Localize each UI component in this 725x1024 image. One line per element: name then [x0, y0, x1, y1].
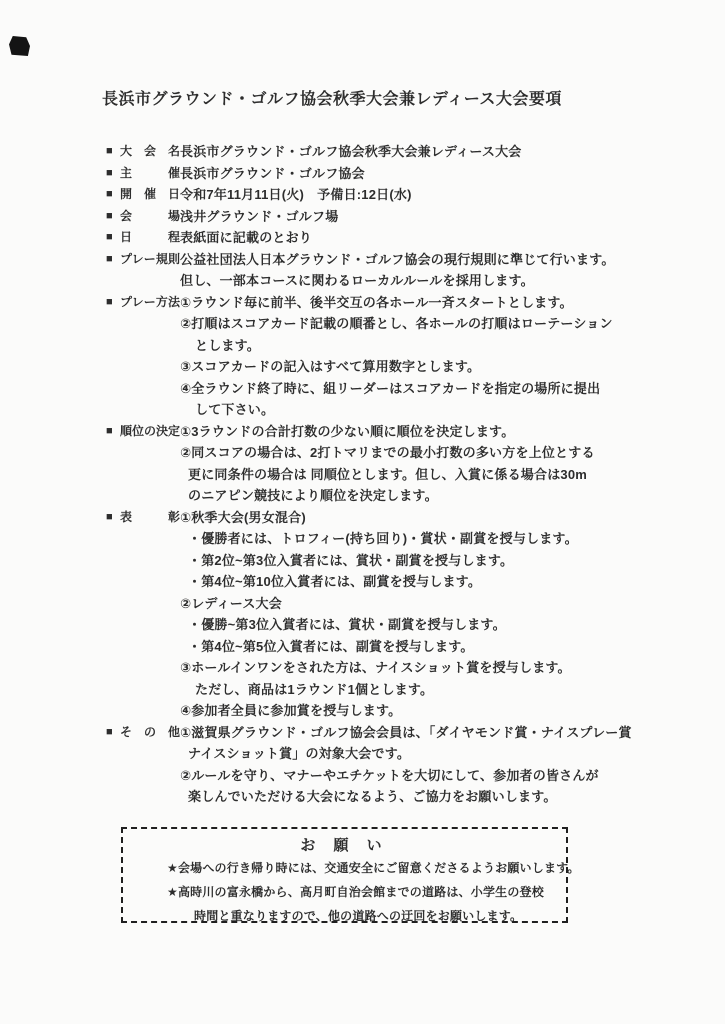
notice-box: お 願 い ★会場への行き帰り時には、交通安全にご留意くださるようお願いします。… — [121, 827, 568, 923]
section-label: ■大会名 — [106, 141, 180, 163]
notice-line: ★会場への行き帰り時には、交通安全にご留意くださるようお願いします。 — [167, 856, 566, 880]
notice-lines: ★会場への行き帰り時には、交通安全にご留意くださるようお願いします。★高時川の富… — [123, 856, 566, 928]
content-line: 但し、一部本コースに関わるローカルルールを採用します。 — [180, 270, 725, 292]
notice-line: 時間と重なりますので、他の道路への迂回をお願いします。 — [167, 904, 566, 928]
sections: ■大会名長浜市グラウンド・ゴルフ協会秋季大会兼レディース大会■主催長浜市グラウン… — [106, 141, 725, 808]
section-lines: ①ラウンド毎に前半、後半交互の各ホール一斉スタートとします。②打順はスコアカード… — [180, 292, 725, 421]
content-line: ナイスショット賞」の対象大会です。 — [180, 743, 725, 765]
content-line: のニアピン競技により順位を決定します。 — [180, 485, 725, 507]
section-label: ■開催日 — [106, 184, 180, 206]
section-row: ■その他①滋賀県グラウンド・ゴルフ協会会員は、「ダイヤモンド賞・ナイスプレー賞ナ… — [106, 722, 725, 808]
content-line: ・優勝者には、トロフィー(持ち回り)・賞状・副賞を授与します。 — [180, 528, 725, 550]
content-line: ②レディース大会 — [180, 593, 725, 615]
content-line: ①秋季大会(男女混合) — [180, 507, 725, 529]
content-line: 表紙面に記載のとおり — [180, 227, 725, 249]
document-title: 長浜市グラウンド・ゴルフ協会秋季大会兼レディース大会要項 — [102, 86, 562, 109]
section-row: ■プレー方法①ラウンド毎に前半、後半交互の各ホール一斉スタートとします。②打順は… — [106, 292, 725, 421]
content-line: ①3ラウンドの合計打数の少ない順に順位を決定します。 — [180, 421, 725, 443]
section-lines: 浅井グラウンド・ゴルフ場 — [180, 206, 725, 228]
section-label-text: 開催日 — [120, 184, 180, 206]
section-row: ■日程表紙面に記載のとおり — [106, 227, 725, 249]
section-lines: 長浜市グラウンド・ゴルフ協会 — [180, 163, 725, 185]
section-label-text: 大会名 — [120, 141, 180, 163]
section-label-text: プレー方法 — [120, 292, 180, 314]
content-line: ・第4位~第10位入賞者には、副賞を授与します。 — [180, 571, 725, 593]
notice-box-title: お 願 い — [123, 834, 566, 855]
section-lines: 表紙面に記載のとおり — [180, 227, 725, 249]
section-label: ■プレー規則 — [106, 249, 180, 271]
section-label: ■表彰 — [106, 507, 180, 529]
bullet-square-icon: ■ — [106, 722, 116, 744]
bullet-square-icon: ■ — [106, 292, 116, 314]
section-row: ■順位の決定①3ラウンドの合計打数の少ない順に順位を決定します。②同スコアの場合… — [106, 421, 725, 507]
section-row: ■プレー規則公益社団法人日本グラウンド・ゴルフ協会の現行規則に準じて行います。但… — [106, 249, 725, 292]
content-line: して下さい。 — [180, 399, 725, 421]
section-label: ■順位の決定 — [106, 421, 180, 443]
bullet-square-icon: ■ — [106, 227, 116, 249]
section-label-text: 日程 — [120, 227, 180, 249]
content-line: 公益社団法人日本グラウンド・ゴルフ協会の現行規則に準じて行います。 — [180, 249, 725, 271]
bullet-square-icon: ■ — [106, 206, 116, 228]
bullet-square-icon: ■ — [106, 184, 116, 206]
content-line: 長浜市グラウンド・ゴルフ協会 — [180, 163, 725, 185]
section-lines: 公益社団法人日本グラウンド・ゴルフ協会の現行規則に準じて行います。但し、一部本コ… — [180, 249, 725, 292]
section-label: ■主催 — [106, 163, 180, 185]
section-label: ■会場 — [106, 206, 180, 228]
bullet-square-icon: ■ — [106, 421, 116, 443]
content-line: ①滋賀県グラウンド・ゴルフ協会会員は、「ダイヤモンド賞・ナイスプレー賞 — [180, 722, 725, 744]
section-row: ■開催日令和7年11月11日(火) 予備日:12日(水) — [106, 184, 725, 206]
bullet-square-icon: ■ — [106, 141, 116, 163]
content-line: ②打順はスコアカード記載の順番とし、各ホールの打順はローテーション — [180, 313, 725, 335]
section-row: ■会場浅井グラウンド・ゴルフ場 — [106, 206, 725, 228]
content-line: ③ホールインワンをされた方は、ナイスショット賞を授与します。 — [180, 657, 725, 679]
content-line: 楽しんでいただける大会になるよう、ご協力をお願いします。 — [180, 786, 725, 808]
content-line: ・第4位~第5位入賞者には、副賞を授与します。 — [180, 636, 725, 658]
section-label-text: 順位の決定 — [120, 421, 180, 443]
section-lines: ①滋賀県グラウンド・ゴルフ協会会員は、「ダイヤモンド賞・ナイスプレー賞ナイスショ… — [180, 722, 725, 808]
section-lines: 令和7年11月11日(火) 予備日:12日(水) — [180, 184, 725, 206]
section-row: ■主催長浜市グラウンド・ゴルフ協会 — [106, 163, 725, 185]
section-row: ■表彰①秋季大会(男女混合)・優勝者には、トロフィー(持ち回り)・賞状・副賞を授… — [106, 507, 725, 722]
bullet-square-icon: ■ — [106, 249, 116, 271]
section-row: ■大会名長浜市グラウンド・ゴルフ協会秋季大会兼レディース大会 — [106, 141, 725, 163]
content-line: ④全ラウンド終了時に、組リーダーはスコアカードを指定の場所に提出 — [180, 378, 725, 400]
content-line: ただし、商品は1ラウンド1個とします。 — [180, 679, 725, 701]
notice-line: ★高時川の富永橋から、高月町自治会館までの道路は、小学生の登校 — [167, 880, 566, 904]
content-line: ④参加者全員に参加賞を授与します。 — [180, 700, 725, 722]
section-label: ■日程 — [106, 227, 180, 249]
content-line: ③スコアカードの記入はすべて算用数字とします。 — [180, 356, 725, 378]
scan-artifact-mark — [9, 36, 30, 56]
content-line: ②同スコアの場合は、2打トマリまでの最小打数の多い方を上位とする — [180, 442, 725, 464]
section-label-text: 主催 — [120, 163, 180, 185]
section-label-text: 会場 — [120, 206, 180, 228]
content-line: とします。 — [180, 335, 725, 357]
content-line: 更に同条件の場合は 同順位とします。但し、入賞に係る場合は30m — [180, 464, 725, 486]
content-line: ①ラウンド毎に前半、後半交互の各ホール一斉スタートとします。 — [180, 292, 725, 314]
section-lines: ①秋季大会(男女混合)・優勝者には、トロフィー(持ち回り)・賞状・副賞を授与しま… — [180, 507, 725, 722]
bullet-square-icon: ■ — [106, 163, 116, 185]
section-lines: 長浜市グラウンド・ゴルフ協会秋季大会兼レディース大会 — [180, 141, 725, 163]
content-line: 浅井グラウンド・ゴルフ場 — [180, 206, 725, 228]
content-line: 長浜市グラウンド・ゴルフ協会秋季大会兼レディース大会 — [180, 141, 725, 163]
section-label: ■プレー方法 — [106, 292, 180, 314]
content-line: ・第2位~第3位入賞者には、賞状・副賞を授与します。 — [180, 550, 725, 572]
scanned-document-page: 長浜市グラウンド・ゴルフ協会秋季大会兼レディース大会要項 ■大会名長浜市グラウン… — [0, 0, 725, 1024]
section-lines: ①3ラウンドの合計打数の少ない順に順位を決定します。②同スコアの場合は、2打トマ… — [180, 421, 725, 507]
content-line: ②ルールを守り、マナーやエチケットを大切にして、参加者の皆さんが — [180, 765, 725, 787]
section-label: ■その他 — [106, 722, 180, 744]
content-line: 令和7年11月11日(火) 予備日:12日(水) — [180, 184, 725, 206]
bullet-square-icon: ■ — [106, 507, 116, 529]
section-label-text: その他 — [120, 722, 180, 744]
content-line: ・優勝~第3位入賞者には、賞状・副賞を授与します。 — [180, 614, 725, 636]
section-label-text: プレー規則 — [120, 249, 180, 271]
section-label-text: 表彰 — [120, 507, 180, 529]
